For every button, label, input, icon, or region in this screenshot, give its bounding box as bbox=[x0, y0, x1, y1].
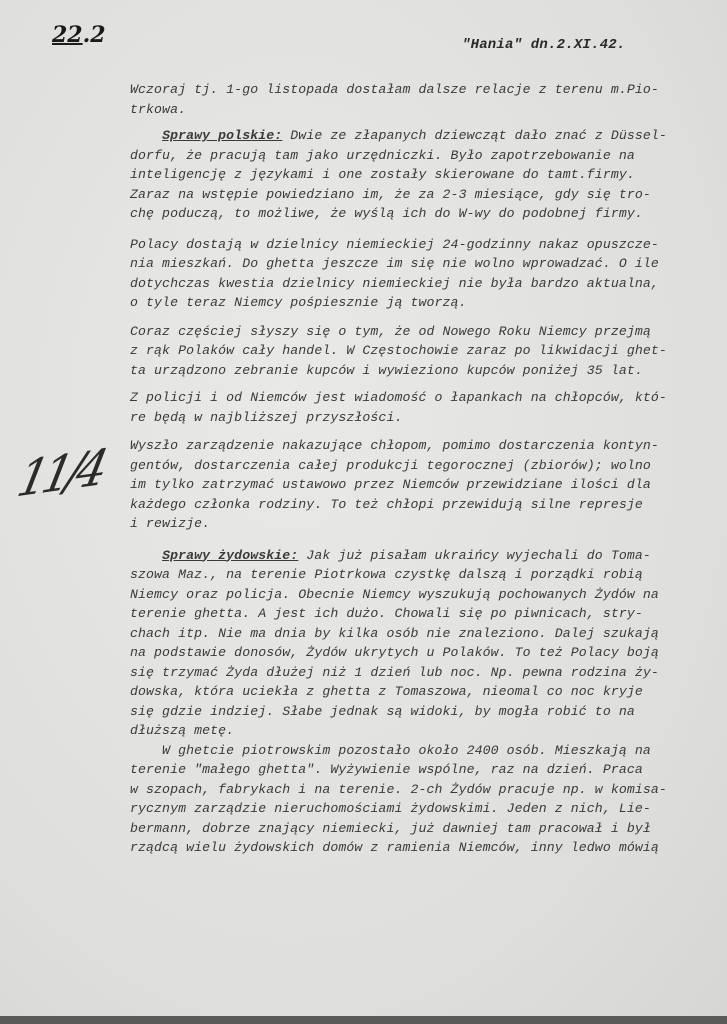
text-line: Z policji i od Niemców jest wiadomość o … bbox=[130, 388, 720, 408]
paragraph: Z policji i od Niemców jest wiadomość o … bbox=[130, 388, 720, 427]
folio-number-suffix: .2 bbox=[83, 22, 106, 48]
text-line: każdego członka rodziny. To też chłopi p… bbox=[130, 495, 720, 515]
text-line: się trzymać Żyda dłużej niż 1 dzień lub … bbox=[130, 663, 720, 683]
text-line: rycznym zarządzie nieruchomościami żydow… bbox=[130, 799, 720, 819]
text-line: dowska, która uciekła z ghetta z Tomaszo… bbox=[130, 682, 720, 702]
text-line: na podstawie donosów, Żydów ukrytych u P… bbox=[130, 643, 720, 663]
text-line: dotychczas kwestia dzielnicy niemieckiej… bbox=[130, 274, 720, 294]
dateline: "Hania" dn.2.XI.42. bbox=[462, 37, 625, 53]
text-line: bermann, dobrze znający niemiecki, już d… bbox=[130, 819, 720, 839]
folio-number-main: 22 bbox=[52, 22, 83, 48]
text-line: Sprawy żydowskie: Jak już pisałam ukraiń… bbox=[130, 546, 720, 566]
text-line: Sprawy polskie: Dwie ze złapanych dziewc… bbox=[130, 126, 720, 146]
text-line: W ghetcie piotrowskim pozostało około 24… bbox=[130, 741, 720, 761]
text-line: Coraz częściej słyszy się o tym, że od N… bbox=[130, 322, 720, 342]
text-line: nia mieszkań. Do ghetta jeszcze im się n… bbox=[130, 254, 720, 274]
text-line: Wyszło zarządzenie nakazujące chłopom, p… bbox=[130, 436, 720, 456]
paragraph: Polacy dostają w dzielnicy niemieckiej 2… bbox=[130, 235, 720, 313]
text-line: ta urządzono zebranie kupców i wywiezion… bbox=[130, 361, 720, 381]
text-line: szowa Maz., na terenie Piotrkowa czystkę… bbox=[130, 565, 720, 585]
section-heading: Sprawy żydowskie: bbox=[162, 548, 298, 563]
text-line: Niemcy oraz policja. Obecnie Niemcy wysz… bbox=[130, 585, 720, 605]
text-line: z rąk Polaków cały handel. W Częstochowi… bbox=[130, 341, 720, 361]
text-line: Zaraz na wstępie powiedziano im, że za 2… bbox=[130, 185, 720, 205]
text-line: o tyle teraz Niemcy pośpiesznie ją tworz… bbox=[130, 293, 720, 313]
text-line: inteligencję z językami i one zostały sk… bbox=[130, 165, 720, 185]
paragraph: Coraz częściej słyszy się o tym, że od N… bbox=[130, 322, 720, 381]
text-line: chę poduczą, to możliwe, że wyślą ich do… bbox=[130, 204, 720, 224]
text-line: się gdzie indziej. Słabe jednak są widok… bbox=[130, 702, 720, 722]
text-line: chach itp. Nie ma dnia by kilka osób nie… bbox=[130, 624, 720, 644]
paragraph: Wyszło zarządzenie nakazujące chłopom, p… bbox=[130, 436, 720, 534]
folio-number: 22.2 bbox=[52, 22, 106, 48]
scan-edge bbox=[0, 1016, 727, 1024]
text-line: re będą w najbliższej przyszłości. bbox=[130, 408, 720, 428]
text-line: dorfu, że pracują tam jako urzędniczki. … bbox=[130, 146, 720, 166]
body-text: Wczoraj tj. 1-go listopada dostałam dals… bbox=[130, 80, 720, 858]
text-line: dłuższą metę. bbox=[130, 721, 720, 741]
paragraph: W ghetcie piotrowskim pozostało około 24… bbox=[130, 741, 720, 858]
text-line: Polacy dostają w dzielnicy niemieckiej 2… bbox=[130, 235, 720, 255]
text-line: gentów, dostarczenia całej produkcji teg… bbox=[130, 456, 720, 476]
handwritten-margin-note: 11/4 bbox=[12, 439, 107, 509]
text-line: i rewizje. bbox=[130, 514, 720, 534]
text-line: trkowa. bbox=[130, 100, 720, 120]
text-line: Wczoraj tj. 1-go listopada dostałam dals… bbox=[130, 80, 720, 100]
paragraph: Sprawy polskie: Dwie ze złapanych dziewc… bbox=[130, 126, 720, 224]
text-line: terenie ghetta. A jest ich dużo. Chowali… bbox=[130, 604, 720, 624]
text-line: terenie "małego ghetta". Wyżywienie wspó… bbox=[130, 760, 720, 780]
paragraph: Wczoraj tj. 1-go listopada dostałam dals… bbox=[130, 80, 720, 119]
paragraph: Sprawy żydowskie: Jak już pisałam ukraiń… bbox=[130, 546, 720, 741]
section-heading: Sprawy polskie: bbox=[162, 128, 282, 143]
typewritten-page: 22.2 "Hania" dn.2.XI.42. 11/4 Wczoraj tj… bbox=[0, 0, 727, 1016]
text-line: rządcą wielu żydowskich domów z ramienia… bbox=[130, 838, 720, 858]
text-line: w szopach, fabrykach i na terenie. 2-ch … bbox=[130, 780, 720, 800]
text-line: im tylko zatrzymać ustawowo przez Niemcó… bbox=[130, 475, 720, 495]
